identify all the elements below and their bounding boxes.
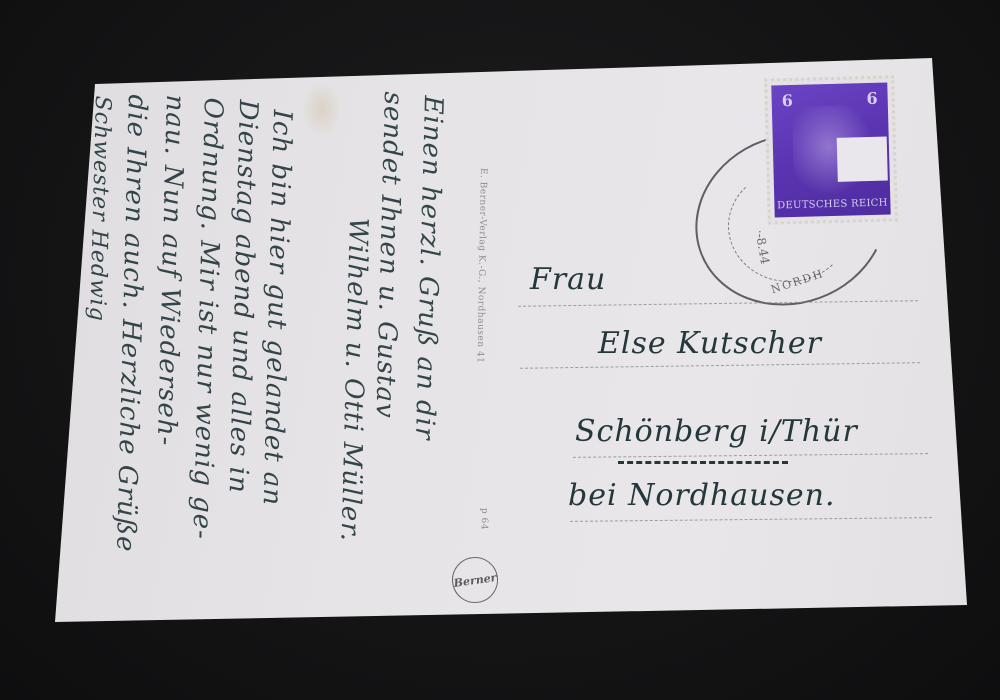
card-number: p 64 (479, 508, 489, 530)
address-region: bei Nordhausen. (568, 478, 835, 513)
address-salutation: Frau (530, 262, 606, 297)
stamp-country: DEUTSCHES REICH (774, 197, 890, 211)
town-underline (618, 461, 788, 464)
stamp-face: 6 6 DEUTSCHES REICH (771, 83, 890, 218)
age-stain (302, 82, 342, 137)
stamp-censor-block (837, 137, 888, 182)
address-town: Schönberg i/Thür (575, 414, 858, 449)
address-name: Else Kutscher (598, 326, 822, 361)
postage-stamp: 6 6 DEUTSCHES REICH (764, 75, 898, 224)
